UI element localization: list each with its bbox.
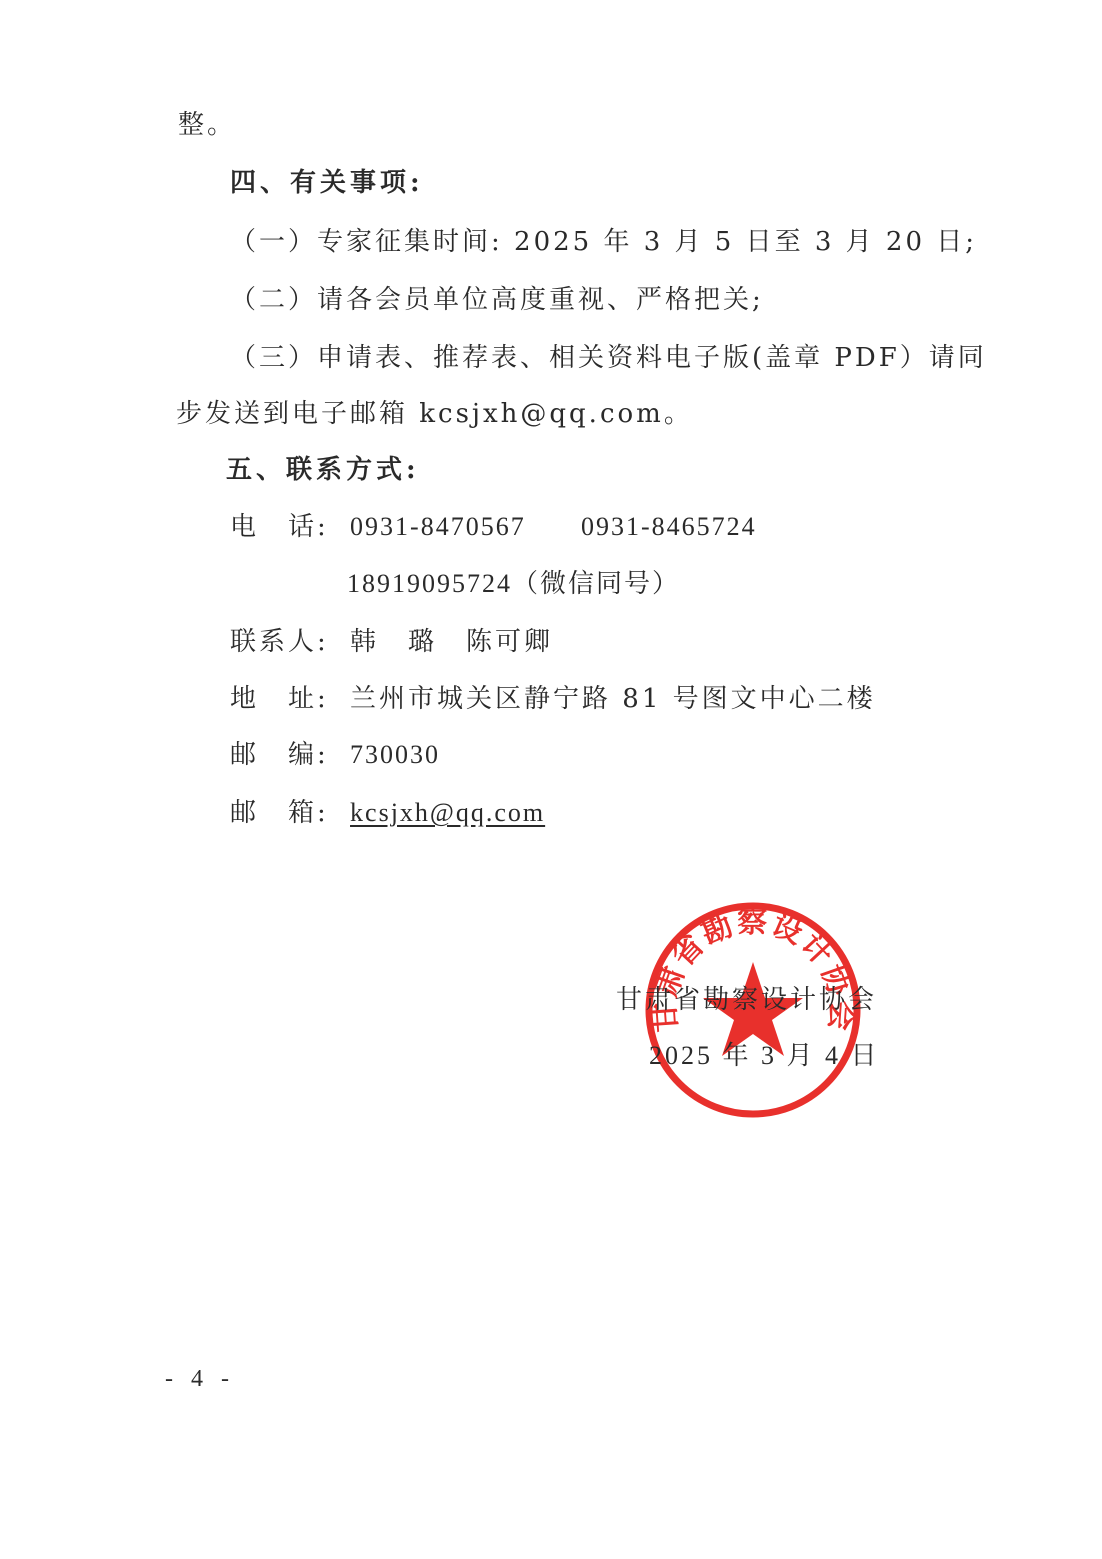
section-4-item-3: （三）申请表、推荐表、相关资料电子版(盖章 PDF）请同 [230, 341, 987, 375]
continuation-text: 整。 [178, 108, 236, 142]
address-row: 地 址: 兰州市城关区静宁路 81 号图文中心二楼 [230, 682, 876, 716]
postcode-row: 邮 编: 730030 [230, 738, 440, 772]
section-5-heading: 五、联系方式: [226, 453, 420, 487]
phone-3: 18919095724（微信同号） [347, 567, 680, 601]
contact-label: 联系人: [230, 625, 329, 659]
page-number: - 4 - [165, 1366, 235, 1393]
email-row: 邮 箱: kcsjxh@qq.com [230, 796, 545, 830]
email-label: 邮 箱: [230, 796, 329, 830]
email-link[interactable]: kcsjxh@qq.com [350, 798, 545, 827]
section-4-item-2: （二）请各会员单位高度重视、严格把关; [230, 283, 764, 317]
postcode-value: 730030 [350, 740, 440, 769]
contact-names: 韩 璐 陈可卿 [350, 627, 553, 657]
address-label: 地 址: [230, 682, 329, 716]
contact-row: 联系人: 韩 璐 陈可卿 [230, 625, 553, 659]
signature-organization: 甘肃省勘察设计协会 [616, 983, 877, 1017]
phone-label: 电 话: [230, 510, 329, 544]
signature-date: 2025 年 3 月 4 日 [649, 1039, 880, 1073]
phone-1: 0931-8470567 [350, 512, 526, 541]
postcode-label: 邮 编: [230, 738, 329, 772]
phone-2: 0931-8465724 [581, 512, 757, 541]
phone-row: 电 话: 0931-8470567 0931-8465724 [230, 510, 757, 544]
section-4-heading: 四、有关事项: [230, 166, 424, 200]
section-4-item-1: （一）专家征集时间: 2025 年 3 月 5 日至 3 月 20 日; [230, 225, 977, 259]
address-value: 兰州市城关区静宁路 81 号图文中心二楼 [350, 684, 876, 714]
section-4-item-3-cont: 步发送到电子邮箱 kcsjxh@qq.com。 [176, 397, 693, 431]
